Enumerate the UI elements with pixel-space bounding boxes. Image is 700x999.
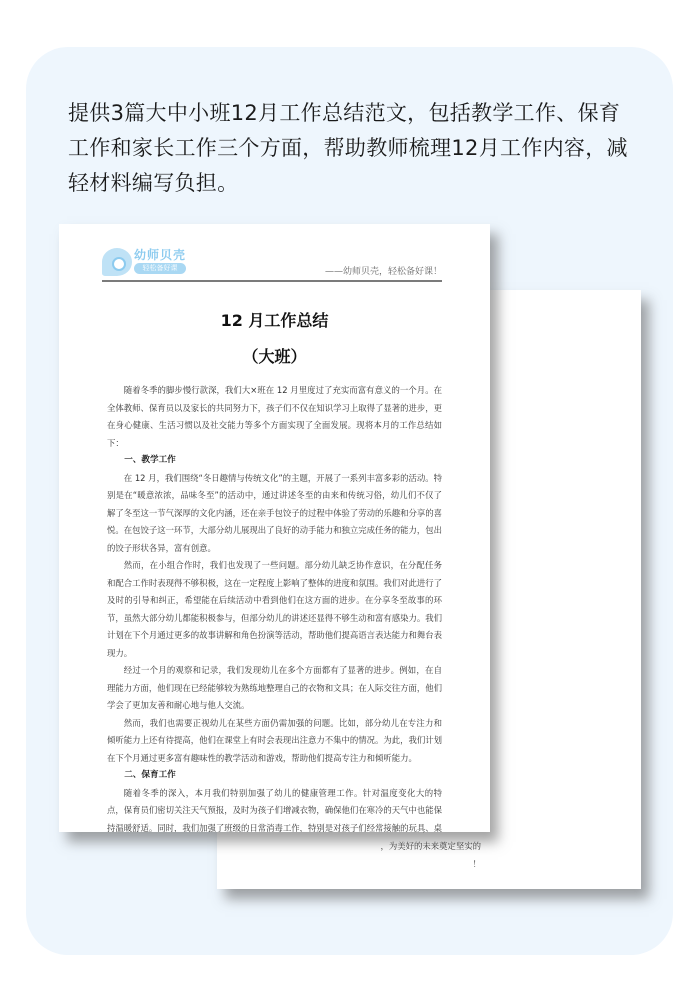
body-paragraph: 然而，我们也需要正视幼儿在某些方面仍需加强的问题。比如，部分幼儿在专注力和倾听能…	[107, 715, 442, 768]
document-title: 12 月工作总结	[59, 308, 490, 331]
body-line: ！	[473, 856, 481, 874]
intro-text: 提供3篇大中小班12月工作总结范文，包括教学工作、保育工作和家长工作三个方面，帮…	[68, 96, 638, 201]
body-paragraph: 随着冬季的脚步慢行款深，我们大×班在 12 月里度过了充实而富有意义的一个月。在…	[107, 382, 442, 452]
page-header: 幼师贝壳 轻松备好课 ——幼师贝壳，轻松备好课！	[102, 242, 442, 282]
shell-logo-icon	[102, 248, 132, 276]
body-paragraph: 在 12 月，我们围绕“冬日趣情与传统文化”的主题，开展了一系列丰富多彩的活动。…	[107, 470, 442, 558]
document-preview-front: 幼师贝壳 轻松备好课 ——幼师贝壳，轻松备好课！ 12 月工作总结 （大班） 随…	[59, 224, 490, 832]
body-paragraph: 经过一个月的观察和记录，我们发现幼儿在多个方面都有了显著的进步。例如，在自理能力…	[107, 662, 442, 715]
body-line: ，为美好的未来奠定坚实的	[381, 838, 482, 856]
body-paragraph: 随着冬季的深入，本月我们特别加强了幼儿的健康管理工作。针对温度变化大的特点，保育…	[107, 785, 442, 833]
section-heading: 一、教学工作	[107, 452, 442, 470]
section-heading: 二、保育工作	[107, 767, 442, 785]
logo: 幼师贝壳 轻松备好课	[102, 246, 192, 278]
document-subtitle: （大班）	[59, 344, 490, 367]
header-slogan: ——幼师贝壳，轻松备好课！	[325, 264, 442, 277]
logo-subtitle: 轻松备好课	[134, 263, 186, 274]
body-paragraph: 然而，在小组合作时，我们也发现了一些问题。部分幼儿缺乏协作意识，在分配任务和配合…	[107, 557, 442, 662]
document-body: 随着冬季的脚步慢行款深，我们大×班在 12 月里度过了充实而富有意义的一个月。在…	[107, 382, 442, 832]
logo-title: 幼师贝壳	[134, 246, 186, 263]
